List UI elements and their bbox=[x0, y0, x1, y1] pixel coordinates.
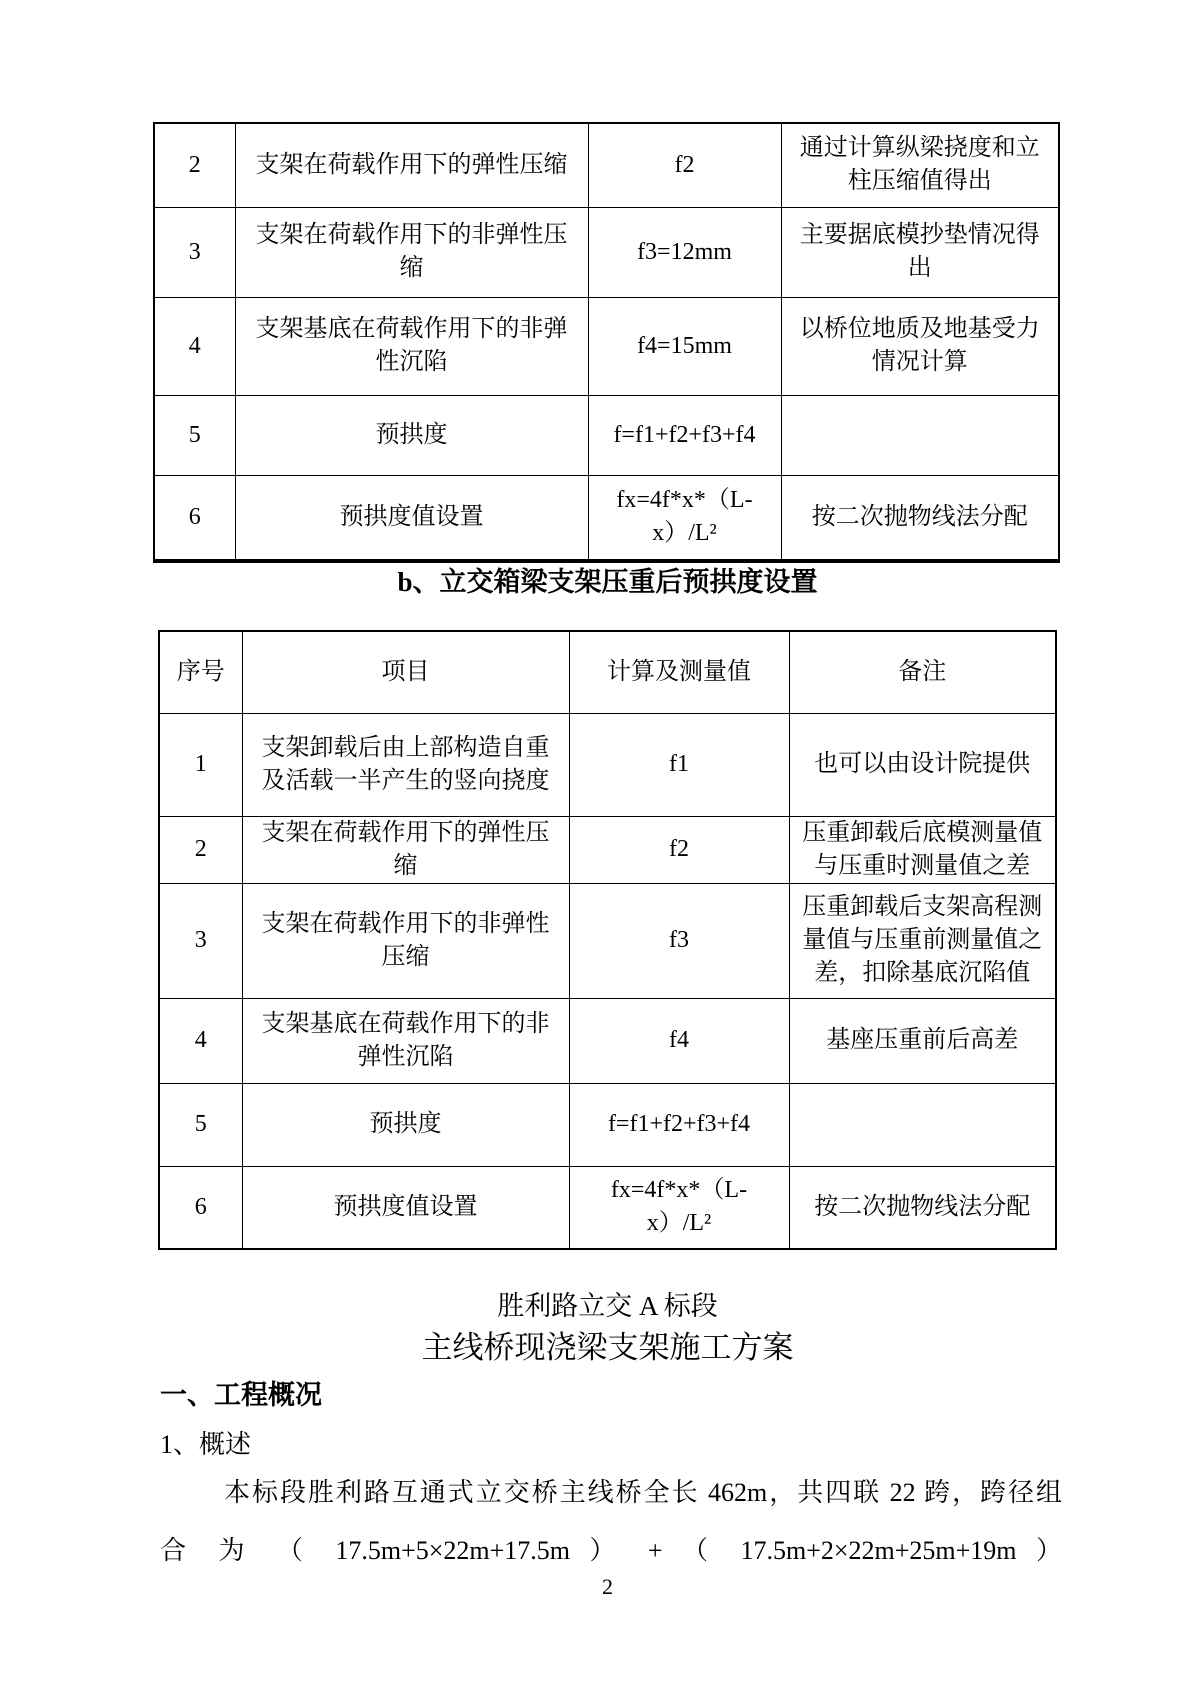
cell-value: f1 bbox=[569, 713, 789, 816]
cell-value: f4=15mm bbox=[588, 297, 781, 395]
header-item: 项目 bbox=[242, 631, 569, 713]
subsection-heading-summary: 1、概述 bbox=[160, 1424, 251, 1461]
cell-value: f4 bbox=[569, 998, 789, 1083]
cell-no: 3 bbox=[154, 207, 235, 297]
cell-item: 预拱度值设置 bbox=[242, 1166, 569, 1249]
table-row: 5 预拱度 f=f1+f2+f3+f4 bbox=[154, 395, 1059, 475]
cell-no: 4 bbox=[159, 998, 242, 1083]
cell-value: f2 bbox=[588, 123, 781, 207]
table-row: 1 支架卸载后由上部构造自重及活载一半产生的竖向挠度 f1 也可以由设计院提供 bbox=[159, 713, 1056, 816]
cell-remark: 以桥位地质及地基受力情况计算 bbox=[781, 297, 1059, 395]
cell-value: fx=4f*x*（L-x）/L² bbox=[569, 1166, 789, 1249]
document-title: 主线桥现浇梁支架施工方案 bbox=[150, 1322, 1065, 1367]
precamber-table-continued-wrap: 2 支架在荷载作用下的弹性压缩 f2 通过计算纵梁挠度和立柱压缩值得出 3 支架… bbox=[153, 122, 1060, 563]
table-row: 3 支架在荷载作用下的非弹性压缩 f3=12mm 主要据底模抄垫情况得出 bbox=[154, 207, 1059, 297]
cell-no: 5 bbox=[159, 1083, 242, 1166]
cell-value: f2 bbox=[569, 816, 789, 883]
cell-no: 6 bbox=[154, 475, 235, 561]
cell-item: 预拱度 bbox=[242, 1083, 569, 1166]
cell-item: 支架基底在荷载作用下的非弹性沉陷 bbox=[242, 998, 569, 1083]
document-page: 2 支架在荷载作用下的弹性压缩 f2 通过计算纵梁挠度和立柱压缩值得出 3 支架… bbox=[0, 0, 1200, 1697]
document-subtitle: 胜利路立交 A 标段 bbox=[150, 1284, 1065, 1323]
cell-item: 支架在荷载作用下的非弹性压缩 bbox=[235, 207, 588, 297]
cell-no: 2 bbox=[159, 816, 242, 883]
cell-item: 支架在荷载作用下的弹性压缩 bbox=[235, 123, 588, 207]
cell-remark: 主要据底模抄垫情况得出 bbox=[781, 207, 1059, 297]
cell-item: 预拱度值设置 bbox=[235, 475, 588, 561]
cell-remark: 按二次抛物线法分配 bbox=[789, 1166, 1056, 1249]
cell-value: f=f1+f2+f3+f4 bbox=[588, 395, 781, 475]
cell-value: fx=4f*x*（L-x）/L² bbox=[588, 475, 781, 561]
cell-item: 支架卸载后由上部构造自重及活载一半产生的竖向挠度 bbox=[242, 713, 569, 816]
precamber-after-preload-table: 序号 项目 计算及测量值 备注 1 支架卸载后由上部构造自重及活载一半产生的竖向… bbox=[158, 630, 1057, 1250]
table-row: 5 预拱度 f=f1+f2+f3+f4 bbox=[159, 1083, 1056, 1166]
table-row: 3 支架在荷载作用下的非弹性压缩 f3 压重卸载后支架高程测量值与压重前测量值之… bbox=[159, 883, 1056, 998]
cell-value: f=f1+f2+f3+f4 bbox=[569, 1083, 789, 1166]
table-row: 6 预拱度值设置 fx=4f*x*（L-x）/L² 按二次抛物线法分配 bbox=[154, 475, 1059, 561]
table-row: 2 支架在荷载作用下的弹性压缩 f2 压重卸载后底模测量值与压重时测量值之差 bbox=[159, 816, 1056, 883]
body-paragraph-line2: 合 为 （ 17.5m+5×22m+17.5m ） + （ 17.5m+2×22… bbox=[160, 1530, 1062, 1567]
cell-remark bbox=[781, 395, 1059, 475]
subheading-b: b、立交箱梁支架压重后预拱度设置 bbox=[150, 560, 1065, 599]
cell-item: 支架在荷载作用下的非弹性压缩 bbox=[242, 883, 569, 998]
cell-remark: 基座压重前后高差 bbox=[789, 998, 1056, 1083]
cell-no: 6 bbox=[159, 1166, 242, 1249]
table-row: 4 支架基底在荷载作用下的非弹性沉陷 f4 基座压重前后高差 bbox=[159, 998, 1056, 1083]
cell-no: 4 bbox=[154, 297, 235, 395]
cell-item: 预拱度 bbox=[235, 395, 588, 475]
header-value: 计算及测量值 bbox=[569, 631, 789, 713]
table-row: 2 支架在荷载作用下的弹性压缩 f2 通过计算纵梁挠度和立柱压缩值得出 bbox=[154, 123, 1059, 207]
cell-remark bbox=[789, 1083, 1056, 1166]
cell-remark: 压重卸载后支架高程测量值与压重前测量值之差，扣除基底沉陷值 bbox=[789, 883, 1056, 998]
cell-remark: 按二次抛物线法分配 bbox=[781, 475, 1059, 561]
cell-no: 5 bbox=[154, 395, 235, 475]
cell-value: f3=12mm bbox=[588, 207, 781, 297]
cell-remark: 也可以由设计院提供 bbox=[789, 713, 1056, 816]
precamber-table-continued: 2 支架在荷载作用下的弹性压缩 f2 通过计算纵梁挠度和立柱压缩值得出 3 支架… bbox=[153, 122, 1060, 563]
header-remark: 备注 bbox=[789, 631, 1056, 713]
cell-remark: 通过计算纵梁挠度和立柱压缩值得出 bbox=[781, 123, 1059, 207]
precamber-after-preload-table-wrap: 序号 项目 计算及测量值 备注 1 支架卸载后由上部构造自重及活载一半产生的竖向… bbox=[158, 630, 1057, 1250]
cell-remark: 压重卸载后底模测量值与压重时测量值之差 bbox=[789, 816, 1056, 883]
cell-item: 支架基底在荷载作用下的非弹性沉陷 bbox=[235, 297, 588, 395]
cell-item: 支架在荷载作用下的弹性压缩 bbox=[242, 816, 569, 883]
cell-no: 2 bbox=[154, 123, 235, 207]
table-row: 6 预拱度值设置 fx=4f*x*（L-x）/L² 按二次抛物线法分配 bbox=[159, 1166, 1056, 1249]
section-heading-overview: 一、工程概况 bbox=[160, 1373, 322, 1412]
cell-no: 3 bbox=[159, 883, 242, 998]
table-header-row: 序号 项目 计算及测量值 备注 bbox=[159, 631, 1056, 713]
table-row: 4 支架基底在荷载作用下的非弹性沉陷 f4=15mm 以桥位地质及地基受力情况计… bbox=[154, 297, 1059, 395]
cell-no: 1 bbox=[159, 713, 242, 816]
cell-value: f3 bbox=[569, 883, 789, 998]
body-paragraph-line1: 本标段胜利路互通式立交桥主线桥全长 462m，共四联 22 跨，跨径组 bbox=[160, 1472, 1062, 1509]
header-no: 序号 bbox=[159, 631, 242, 713]
page-number: 2 bbox=[150, 1574, 1065, 1600]
